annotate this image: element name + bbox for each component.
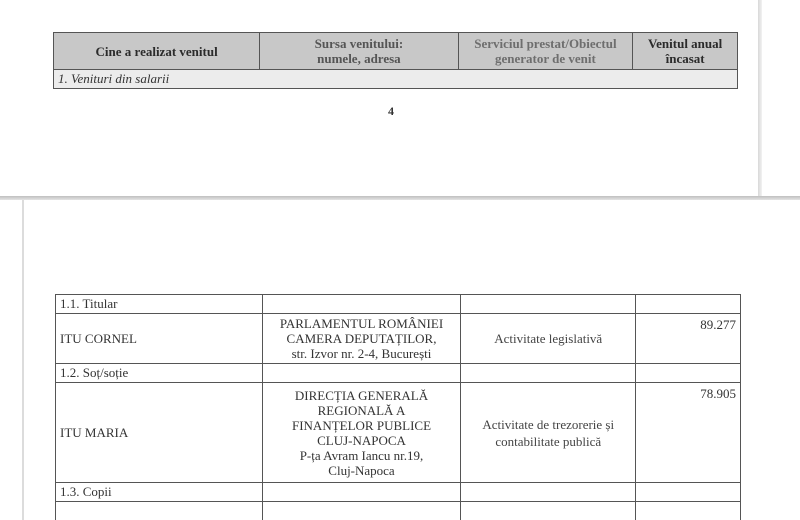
- empty-cell: [461, 483, 636, 502]
- page-shadow: [758, 0, 762, 198]
- table-row: [56, 502, 741, 520]
- annual-income: 78.905: [636, 383, 741, 483]
- table-row: ITU MARIA DIRECȚIA GENERALĂ REGIONALĂ A …: [56, 383, 741, 483]
- service-line: Activitate de trezorerie și: [465, 416, 631, 433]
- header-service-line2: generator de venit: [463, 51, 629, 66]
- income-earner-name: ITU CORNEL: [56, 314, 263, 364]
- header-source-line1: Sursa venitului:: [264, 36, 453, 51]
- source-line: PARLAMENTUL ROMÂNIEI: [267, 316, 457, 331]
- source-line: FINANȚELOR PUBLICE: [267, 418, 457, 433]
- header-income-line2: încasat: [637, 51, 733, 66]
- subsection-label: 1.1. Titular: [56, 295, 263, 314]
- empty-cell: [636, 483, 741, 502]
- source-line: CAMERA DEPUTAȚILOR,: [267, 331, 457, 346]
- empty-cell: [636, 502, 741, 520]
- subsection-row-titular: 1.1. Titular: [56, 295, 741, 314]
- header-source: Sursa venitului: numele, adresa: [260, 33, 458, 70]
- empty-cell: [636, 295, 741, 314]
- service-line: contabilitate publică: [465, 433, 631, 450]
- source-line: P-ța Avram Iancu nr.19,: [267, 448, 457, 463]
- header-row: Cine a realizat venitul Sursa venitului:…: [54, 33, 738, 70]
- income-source: PARLAMENTUL ROMÂNIEI CAMERA DEPUTAȚILOR,…: [262, 314, 461, 364]
- income-service: Activitate legislativă: [461, 314, 636, 364]
- empty-cell: [56, 502, 263, 520]
- income-table-body: 1.1. Titular ITU CORNEL PARLAMENTUL ROMÂ…: [55, 294, 741, 520]
- header-service: Serviciul prestat/Obiectul generator de …: [458, 33, 633, 70]
- empty-cell: [461, 364, 636, 383]
- empty-cell: [461, 502, 636, 520]
- section-title: 1. Venituri din salarii: [54, 70, 738, 89]
- empty-cell: [262, 502, 461, 520]
- header-service-line1: Serviciul prestat/Obiectul: [463, 36, 629, 51]
- income-table-header: Cine a realizat venitul Sursa venitului:…: [53, 32, 738, 89]
- empty-cell: [636, 364, 741, 383]
- source-line: REGIONALĂ A: [267, 403, 457, 418]
- source-line: DIRECȚIA GENERALĂ: [267, 388, 457, 403]
- subsection-row-spouse: 1.2. Soț/soție: [56, 364, 741, 383]
- section-row: 1. Venituri din salarii: [54, 70, 738, 89]
- document-page-4: [22, 0, 760, 197]
- header-who: Cine a realizat venitul: [54, 33, 260, 70]
- subsection-row-children: 1.3. Copii: [56, 483, 741, 502]
- income-source: DIRECȚIA GENERALĂ REGIONALĂ A FINANȚELOR…: [262, 383, 461, 483]
- table-row: ITU CORNEL PARLAMENTUL ROMÂNIEI CAMERA D…: [56, 314, 741, 364]
- page-number: 4: [388, 104, 394, 119]
- subsection-label: 1.2. Soț/soție: [56, 364, 263, 383]
- empty-cell: [262, 364, 461, 383]
- annual-income: 89.277: [636, 314, 741, 364]
- header-income: Venitul anual încasat: [633, 33, 738, 70]
- source-line: Cluj-Napoca: [267, 463, 457, 478]
- empty-cell: [461, 295, 636, 314]
- source-line: CLUJ-NAPOCA: [267, 433, 457, 448]
- source-line: str. Izvor nr. 2-4, București: [267, 346, 457, 361]
- empty-cell: [262, 483, 461, 502]
- header-source-line2: numele, adresa: [264, 51, 453, 66]
- empty-cell: [262, 295, 461, 314]
- income-earner-name: ITU MARIA: [56, 383, 263, 483]
- header-income-line1: Venitul anual: [637, 36, 733, 51]
- subsection-label: 1.3. Copii: [56, 483, 263, 502]
- income-service: Activitate de trezorerie și contabilitat…: [461, 383, 636, 483]
